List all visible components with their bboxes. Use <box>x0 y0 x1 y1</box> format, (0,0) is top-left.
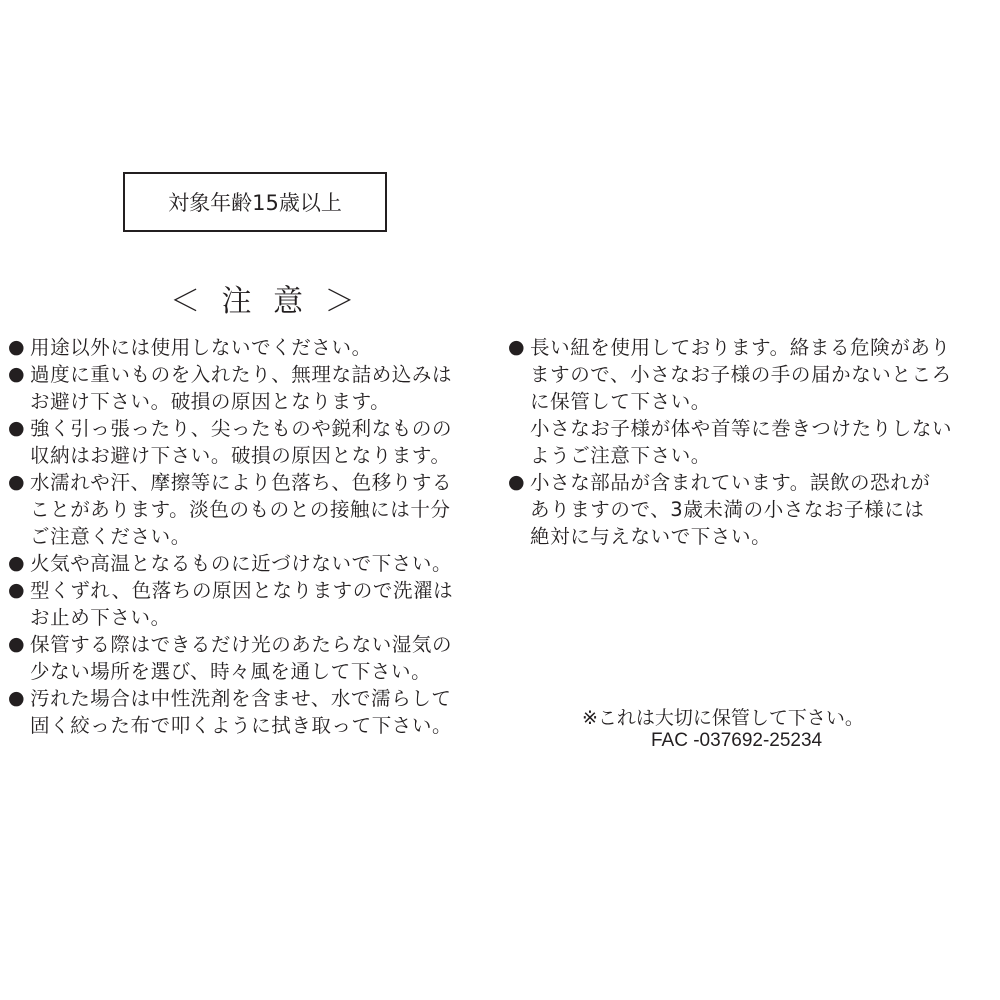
caution-line: お止め下さい。 <box>30 604 453 631</box>
product-code: FAC -037692-25234 <box>651 730 822 752</box>
bullet-icon: ● <box>8 631 30 658</box>
caution-title: ＜ 注 意 ＞ <box>170 276 361 320</box>
storage-note: ※これは大切に保管して下さい。 <box>582 703 864 730</box>
caution-item: ● 強く引っ張ったり、尖ったものや鋭利なものの 収納はお避け下さい。破損の原因と… <box>8 415 498 469</box>
caution-line: 小さな部品が含まれています。誤飲の恐れが <box>530 469 930 496</box>
caution-list-right: ● 長い紐を使用しております。絡まる危険があり ますので、小さなお子様の手の届か… <box>508 334 998 550</box>
caution-item: ● 保管する際はできるだけ光のあたらない湿気の 少ない場所を選び、時々風を通して… <box>8 631 498 685</box>
caution-line: に保管して下さい。 <box>530 388 952 415</box>
caution-item: ● 火気や高温となるものに近づけないで下さい。 <box>8 550 498 577</box>
caution-line: ありますので、3歳未満の小さなお子様には <box>530 496 930 523</box>
caution-line: 保管する際はできるだけ光のあたらない湿気の <box>30 631 452 658</box>
caution-line: 固く絞った布で叩くように拭き取って下さい。 <box>30 712 452 739</box>
caution-item: ● 汚れた場合は中性洗剤を含ませ、水で濡らして 固く絞った布で叩くように拭き取っ… <box>8 685 498 739</box>
age-label: 対象年齢15歳以上 <box>168 187 342 217</box>
caution-item: ● 小さな部品が含まれています。誤飲の恐れが ありますので、3歳未満の小さなお子… <box>508 469 998 550</box>
caution-item: ● 過度に重いものを入れたり、無理な詰め込みは お避け下さい。破損の原因となりま… <box>8 361 498 415</box>
caution-line: 用途以外には使用しないでください。 <box>30 334 372 361</box>
caution-line: 収納はお避け下さい。破損の原因となります。 <box>30 442 452 469</box>
caution-item: ● 型くずれ、色落ちの原因となりますので洗濯は お止め下さい。 <box>8 577 498 631</box>
caution-line: ますので、小さなお子様の手の届かないところ <box>530 361 952 388</box>
caution-line: お避け下さい。破損の原因となります。 <box>30 388 452 415</box>
caution-line: 汚れた場合は中性洗剤を含ませ、水で濡らして <box>30 685 452 712</box>
caution-line: 水濡れや汗、摩擦等により色落ち、色移りする <box>30 469 452 496</box>
caution-item: ● 用途以外には使用しないでください。 <box>8 334 498 361</box>
caution-line: 過度に重いものを入れたり、無理な詰め込みは <box>30 361 452 388</box>
bullet-icon: ● <box>8 469 30 496</box>
caution-line: ご注意ください。 <box>30 523 452 550</box>
caution-item: ● 長い紐を使用しております。絡まる危険があり ますので、小さなお子様の手の届か… <box>508 334 998 469</box>
caution-line: 火気や高温となるものに近づけないで下さい。 <box>30 550 452 577</box>
bullet-icon: ● <box>508 334 530 361</box>
caution-line: ことがあります。淡色のものとの接触には十分 <box>30 496 452 523</box>
caution-item: ● 水濡れや汗、摩擦等により色落ち、色移りする ことがあります。淡色のものとの接… <box>8 469 498 550</box>
caution-line: 型くずれ、色落ちの原因となりますので洗濯は <box>30 577 453 604</box>
bullet-icon: ● <box>8 685 30 712</box>
caution-list-left: ● 用途以外には使用しないでください。 ● 過度に重いものを入れたり、無理な詰め… <box>8 334 498 739</box>
caution-line: 絶対に与えないで下さい。 <box>530 523 930 550</box>
caution-line: 少ない場所を選び、時々風を通して下さい。 <box>30 658 452 685</box>
bullet-icon: ● <box>8 550 30 577</box>
caution-line: 強く引っ張ったり、尖ったものや鋭利なものの <box>30 415 452 442</box>
caution-line: 小さなお子様が体や首等に巻きつけたりしない <box>530 415 952 442</box>
bullet-icon: ● <box>8 415 30 442</box>
age-label-box: 対象年齢15歳以上 <box>123 172 387 232</box>
bullet-icon: ● <box>8 334 30 361</box>
caution-line: ようご注意下さい。 <box>530 442 952 469</box>
bullet-icon: ● <box>8 577 30 604</box>
bullet-icon: ● <box>508 469 530 496</box>
caution-line: 長い紐を使用しております。絡まる危険があり <box>530 334 952 361</box>
bullet-icon: ● <box>8 361 30 388</box>
